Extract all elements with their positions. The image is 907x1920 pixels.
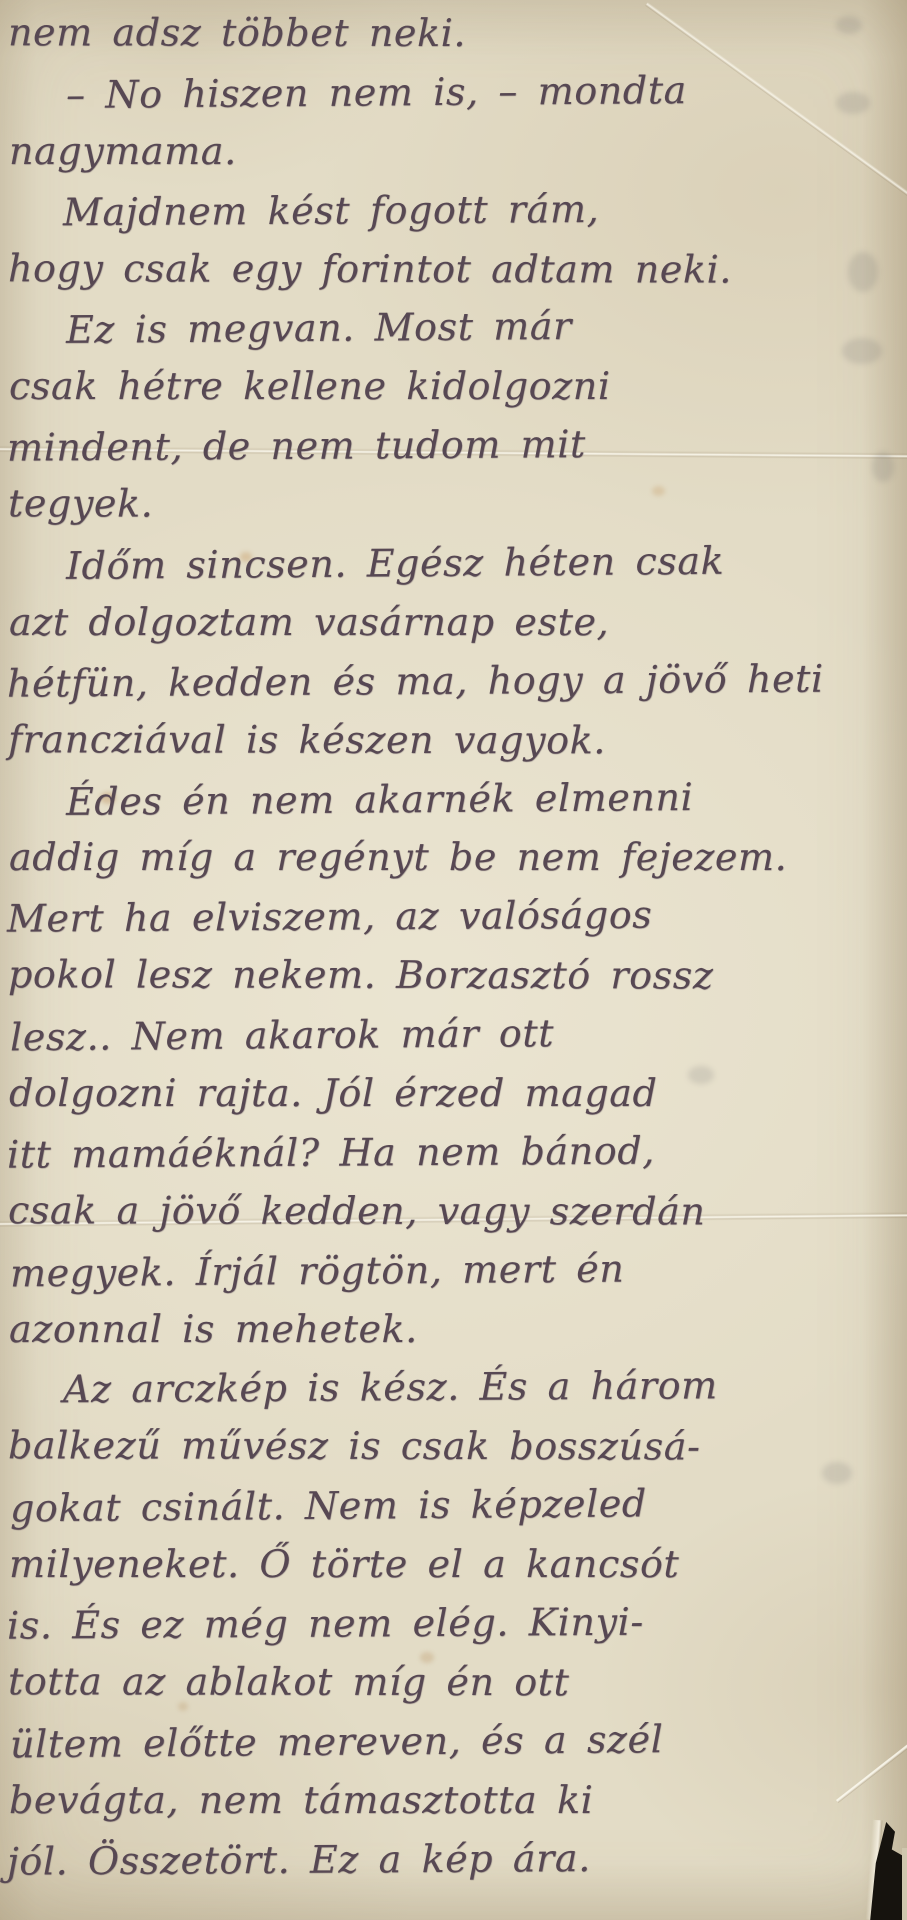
letter-line: itt mamáéknál? Ha nem bánod, bbox=[7, 1120, 862, 1184]
letter-line: gokat csinált. Nem is képzeled bbox=[10, 1473, 865, 1539]
letter-line: balkezű művész is csak bosszúsá- bbox=[8, 1417, 863, 1477]
letter-line: Ez is megvan. Most már bbox=[10, 295, 865, 361]
letter-line: csak hétre kellene kidolgozni bbox=[9, 357, 864, 416]
letter-line: azonnal is mehetek. bbox=[9, 1300, 864, 1359]
letter-line: nagymama. bbox=[9, 122, 864, 181]
letter-line: nem adsz többet neki. bbox=[8, 3, 863, 63]
letter-line: mindent, de nem tudom mit bbox=[7, 414, 862, 478]
letter-line: tegyek. bbox=[8, 474, 863, 534]
letter-line: francziával is készen vagyok. bbox=[8, 710, 863, 770]
letter-line: bevágta, nem támasztotta ki bbox=[9, 1771, 864, 1830]
paper-strip-beyond-tear bbox=[902, 1848, 907, 1920]
handwritten-letter-text: nem adsz többet neki.– No hiszen nem is,… bbox=[8, 3, 863, 1920]
letter-line: Majdnem kést fogott rám, bbox=[7, 178, 862, 242]
letter-line: csak a jövő kedden, vagy szerdán bbox=[8, 1181, 863, 1241]
letter-line: Mert ha elviszem, az valóságos bbox=[7, 885, 862, 949]
letter-line: milyeneket. Ő törte el a kancsót bbox=[9, 1535, 864, 1594]
letter-line: jól. Összetört. Ez a kép ára. bbox=[7, 1827, 862, 1891]
letter-line: azt dolgoztam vasárnap este, bbox=[9, 593, 864, 652]
letter-line: Édes én nem akarnék elmenni bbox=[10, 766, 865, 832]
letter-line: totta az ablakot míg én ott bbox=[8, 1652, 863, 1712]
letter-line: hétfün, kedden és ma, hogy a jövő heti bbox=[7, 649, 862, 713]
letter-line: is. És ez még nem elég. Kinyi- bbox=[7, 1591, 862, 1655]
letter-line: dolgozni rajta. Jól érzed magad bbox=[9, 1064, 864, 1123]
letter-line: ültem előtte mereven, és a szél bbox=[10, 1708, 865, 1774]
letter-line: addig míg a regényt be nem fejezem. bbox=[9, 828, 864, 887]
ink-showthrough-smudge bbox=[872, 452, 894, 482]
letter-line: Időm sincsen. Egész héten csak bbox=[10, 531, 865, 597]
letter-line: lesz.. Nem akarok már ott bbox=[10, 1002, 865, 1068]
letter-line: Az arczkép is kész. És a három bbox=[7, 1356, 862, 1420]
letter-line: pokol lesz nekem. Borzasztó rossz bbox=[8, 946, 863, 1006]
letter-line: – No hiszen nem is, – mondta bbox=[10, 60, 865, 126]
scanned-letter-page: nem adsz többet neki.– No hiszen nem is,… bbox=[0, 0, 907, 1920]
letter-line: megyek. Írjál rögtön, mert én bbox=[10, 1237, 865, 1303]
letter-line: hogy csak egy forintot adtam neki. bbox=[8, 239, 863, 299]
